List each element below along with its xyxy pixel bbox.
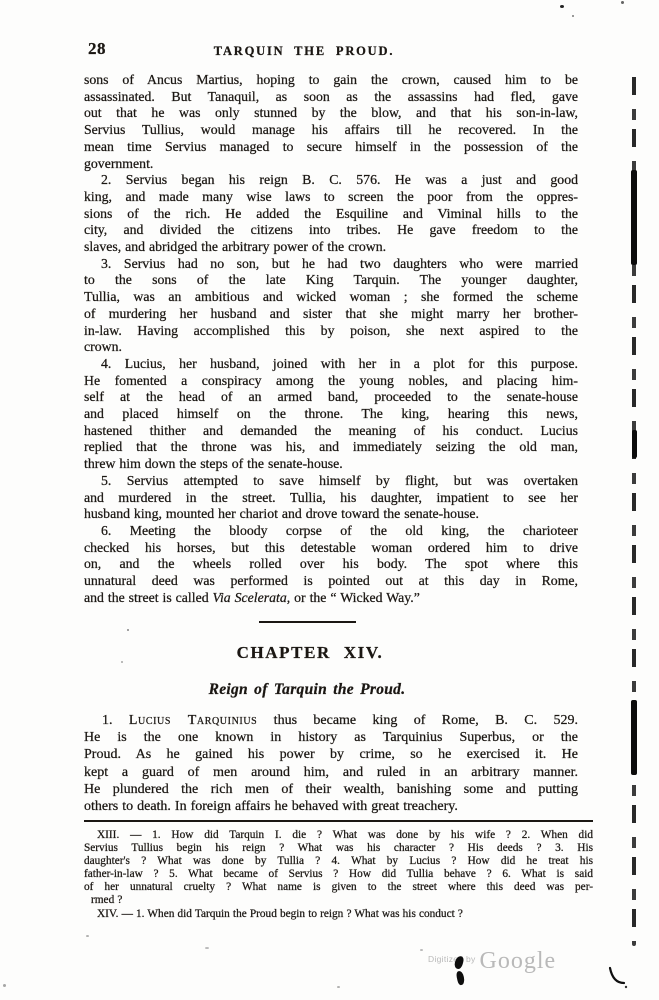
- scan-ink-dash: [631, 700, 637, 775]
- text-line: sions of the rich. He added the Esquilin…: [84, 206, 578, 223]
- text-line: self at the head of an armed band, proce…: [84, 389, 578, 406]
- text-line: to the sons of the late King Tarquin. Th…: [84, 272, 578, 289]
- chapter-13-body-text: sons of Ancus Martius, hoping to gain th…: [84, 72, 578, 607]
- text-line: king, and made many wise laws to screen …: [84, 189, 578, 206]
- paragraph: sons of Ancus Martius, hoping to gain th…: [84, 72, 578, 172]
- text-line: Tullia, was an ambitious and wicked woma…: [84, 289, 578, 306]
- text-line: daughter's ? What was done by Tullia ? 4…: [84, 855, 593, 868]
- footnote-paragraph: XIV. — 1. When did Tarquin the Proud beg…: [84, 908, 593, 921]
- book-page-scan: 28 TARQUIN THE PROUD. sons of Ancus Mart…: [0, 0, 659, 1000]
- text-line: Servius Tullius begin his reign ? What w…: [84, 842, 593, 855]
- text-line: unnatural deed was performed is pointed …: [84, 573, 578, 590]
- scan-speck: [337, 986, 340, 988]
- text-line: husband king, mounted her chariot and dr…: [84, 506, 578, 523]
- text-line: city, and divided the citizens into trib…: [84, 222, 578, 239]
- paragraph: 2. Servius began his reign B. C. 576. He…: [84, 172, 578, 256]
- paragraph: 6. Meeting the bloody corpse of the old …: [84, 523, 578, 607]
- scan-speck: [205, 947, 209, 949]
- text-line: hastened thither and demanded the meanin…: [84, 423, 578, 440]
- text-line: kept a guard of men around him, and rule…: [84, 764, 578, 781]
- text-line: XIV. — 1. When did Tarquin the Proud beg…: [84, 908, 593, 921]
- text-line: and the street is called Via Scelerata, …: [84, 590, 578, 607]
- chapter-heading: CHAPTER XIV.: [84, 643, 536, 663]
- paragraph: 3. Servius had no son, but he had two da…: [84, 256, 578, 356]
- scan-speck: [560, 5, 564, 8]
- scan-speck: [121, 661, 123, 663]
- text-line: 6. Meeting the bloody corpse of the old …: [84, 523, 578, 540]
- text-line: 2. Servius began his reign B. C. 576. He…: [84, 172, 578, 189]
- text-line: of murdering her husband and sister that…: [84, 306, 578, 323]
- text-line: slaves, and abridged the arbitrary power…: [84, 239, 578, 256]
- scan-speck: [572, 15, 574, 17]
- scan-ink-dash: [632, 430, 637, 458]
- text-line: government.: [84, 156, 578, 173]
- text-line: 4. Lucius, her husband, joined with her …: [84, 356, 578, 373]
- text-line: mean time Servius managed to secure hims…: [84, 139, 578, 156]
- review-questions-footnote: XIII. — 1. How did Tarquin I. die ? What…: [84, 829, 593, 921]
- text-line: and placed himself on the throne. The ki…: [84, 406, 578, 423]
- text-line: 3. Servius had no son, but he had two da…: [84, 256, 578, 273]
- scan-speck: [420, 949, 423, 951]
- scan-speck: [621, 1, 624, 4]
- text-line: of her unnatural cruelty ? What name is …: [84, 881, 593, 894]
- paragraph: 1. Lucius Tarquinius thus became king of…: [84, 712, 578, 815]
- scan-ink-dash: [631, 170, 637, 265]
- text-line: and murdered in the street. Tullia, his …: [84, 490, 578, 507]
- text-line: He fomented a conspiracy among the young…: [84, 373, 578, 390]
- scan-hook-mark: [606, 966, 628, 990]
- text-line: threw him down the steps of the senate-h…: [84, 456, 578, 473]
- digitized-by-label: Digitized by: [428, 954, 476, 964]
- footnote-paragraph: XIII. — 1. How did Tarquin I. die ? What…: [84, 829, 593, 908]
- text-line: father-in-law ? 5. What became of Serviu…: [84, 868, 593, 881]
- text-line: others to death. In foreign affairs he b…: [84, 798, 578, 815]
- google-watermark: Digitized by Google: [428, 948, 556, 975]
- text-line: replied that the throne was his, and imm…: [84, 439, 578, 456]
- text-line: He is the one known in history as Tarqui…: [84, 729, 578, 746]
- text-line: 1. Lucius Tarquinius thus became king of…: [84, 712, 578, 729]
- text-line: sons of Ancus Martius, hoping to gain th…: [84, 72, 578, 89]
- text-line: on, and the wheels rolled over his body.…: [84, 556, 578, 573]
- text-line: Servius Tullius, would manage his affair…: [84, 122, 578, 139]
- running-head: TARQUIN THE PROUD.: [84, 44, 524, 59]
- text-line: He plundered the rich men of their wealt…: [84, 781, 578, 798]
- text-line: in-law. Having accomplished this by pois…: [84, 323, 578, 340]
- text-line: checked his horses, but this detestable …: [84, 540, 578, 557]
- text-line: rmed ?: [84, 894, 593, 907]
- text-line: crown.: [84, 339, 578, 356]
- text-line: assassinated. But Tanaquil, as soon as t…: [84, 89, 578, 106]
- paragraph: 4. Lucius, her husband, joined with her …: [84, 356, 578, 473]
- scan-speck: [3, 984, 6, 987]
- text-line: out that he was only stunned by the blow…: [84, 105, 578, 122]
- chapter-divider-rule: [259, 621, 356, 623]
- text-line: Proud. As he gained his power by crime, …: [84, 746, 578, 763]
- text-line: XIII. — 1. How did Tarquin I. die ? What…: [84, 829, 593, 842]
- scan-speck: [127, 629, 129, 631]
- google-logo: Google: [480, 948, 557, 974]
- footnote-divider-rule: [84, 820, 593, 822]
- chapter-subtitle: Reign of Tarquin the Proud.: [84, 681, 530, 699]
- chapter-14-body-text: 1. Lucius Tarquinius thus became king of…: [84, 712, 578, 815]
- text-line: 5. Servius attempted to save himself by …: [84, 473, 578, 490]
- scan-speck: [86, 935, 89, 937]
- paragraph: 5. Servius attempted to save himself by …: [84, 473, 578, 523]
